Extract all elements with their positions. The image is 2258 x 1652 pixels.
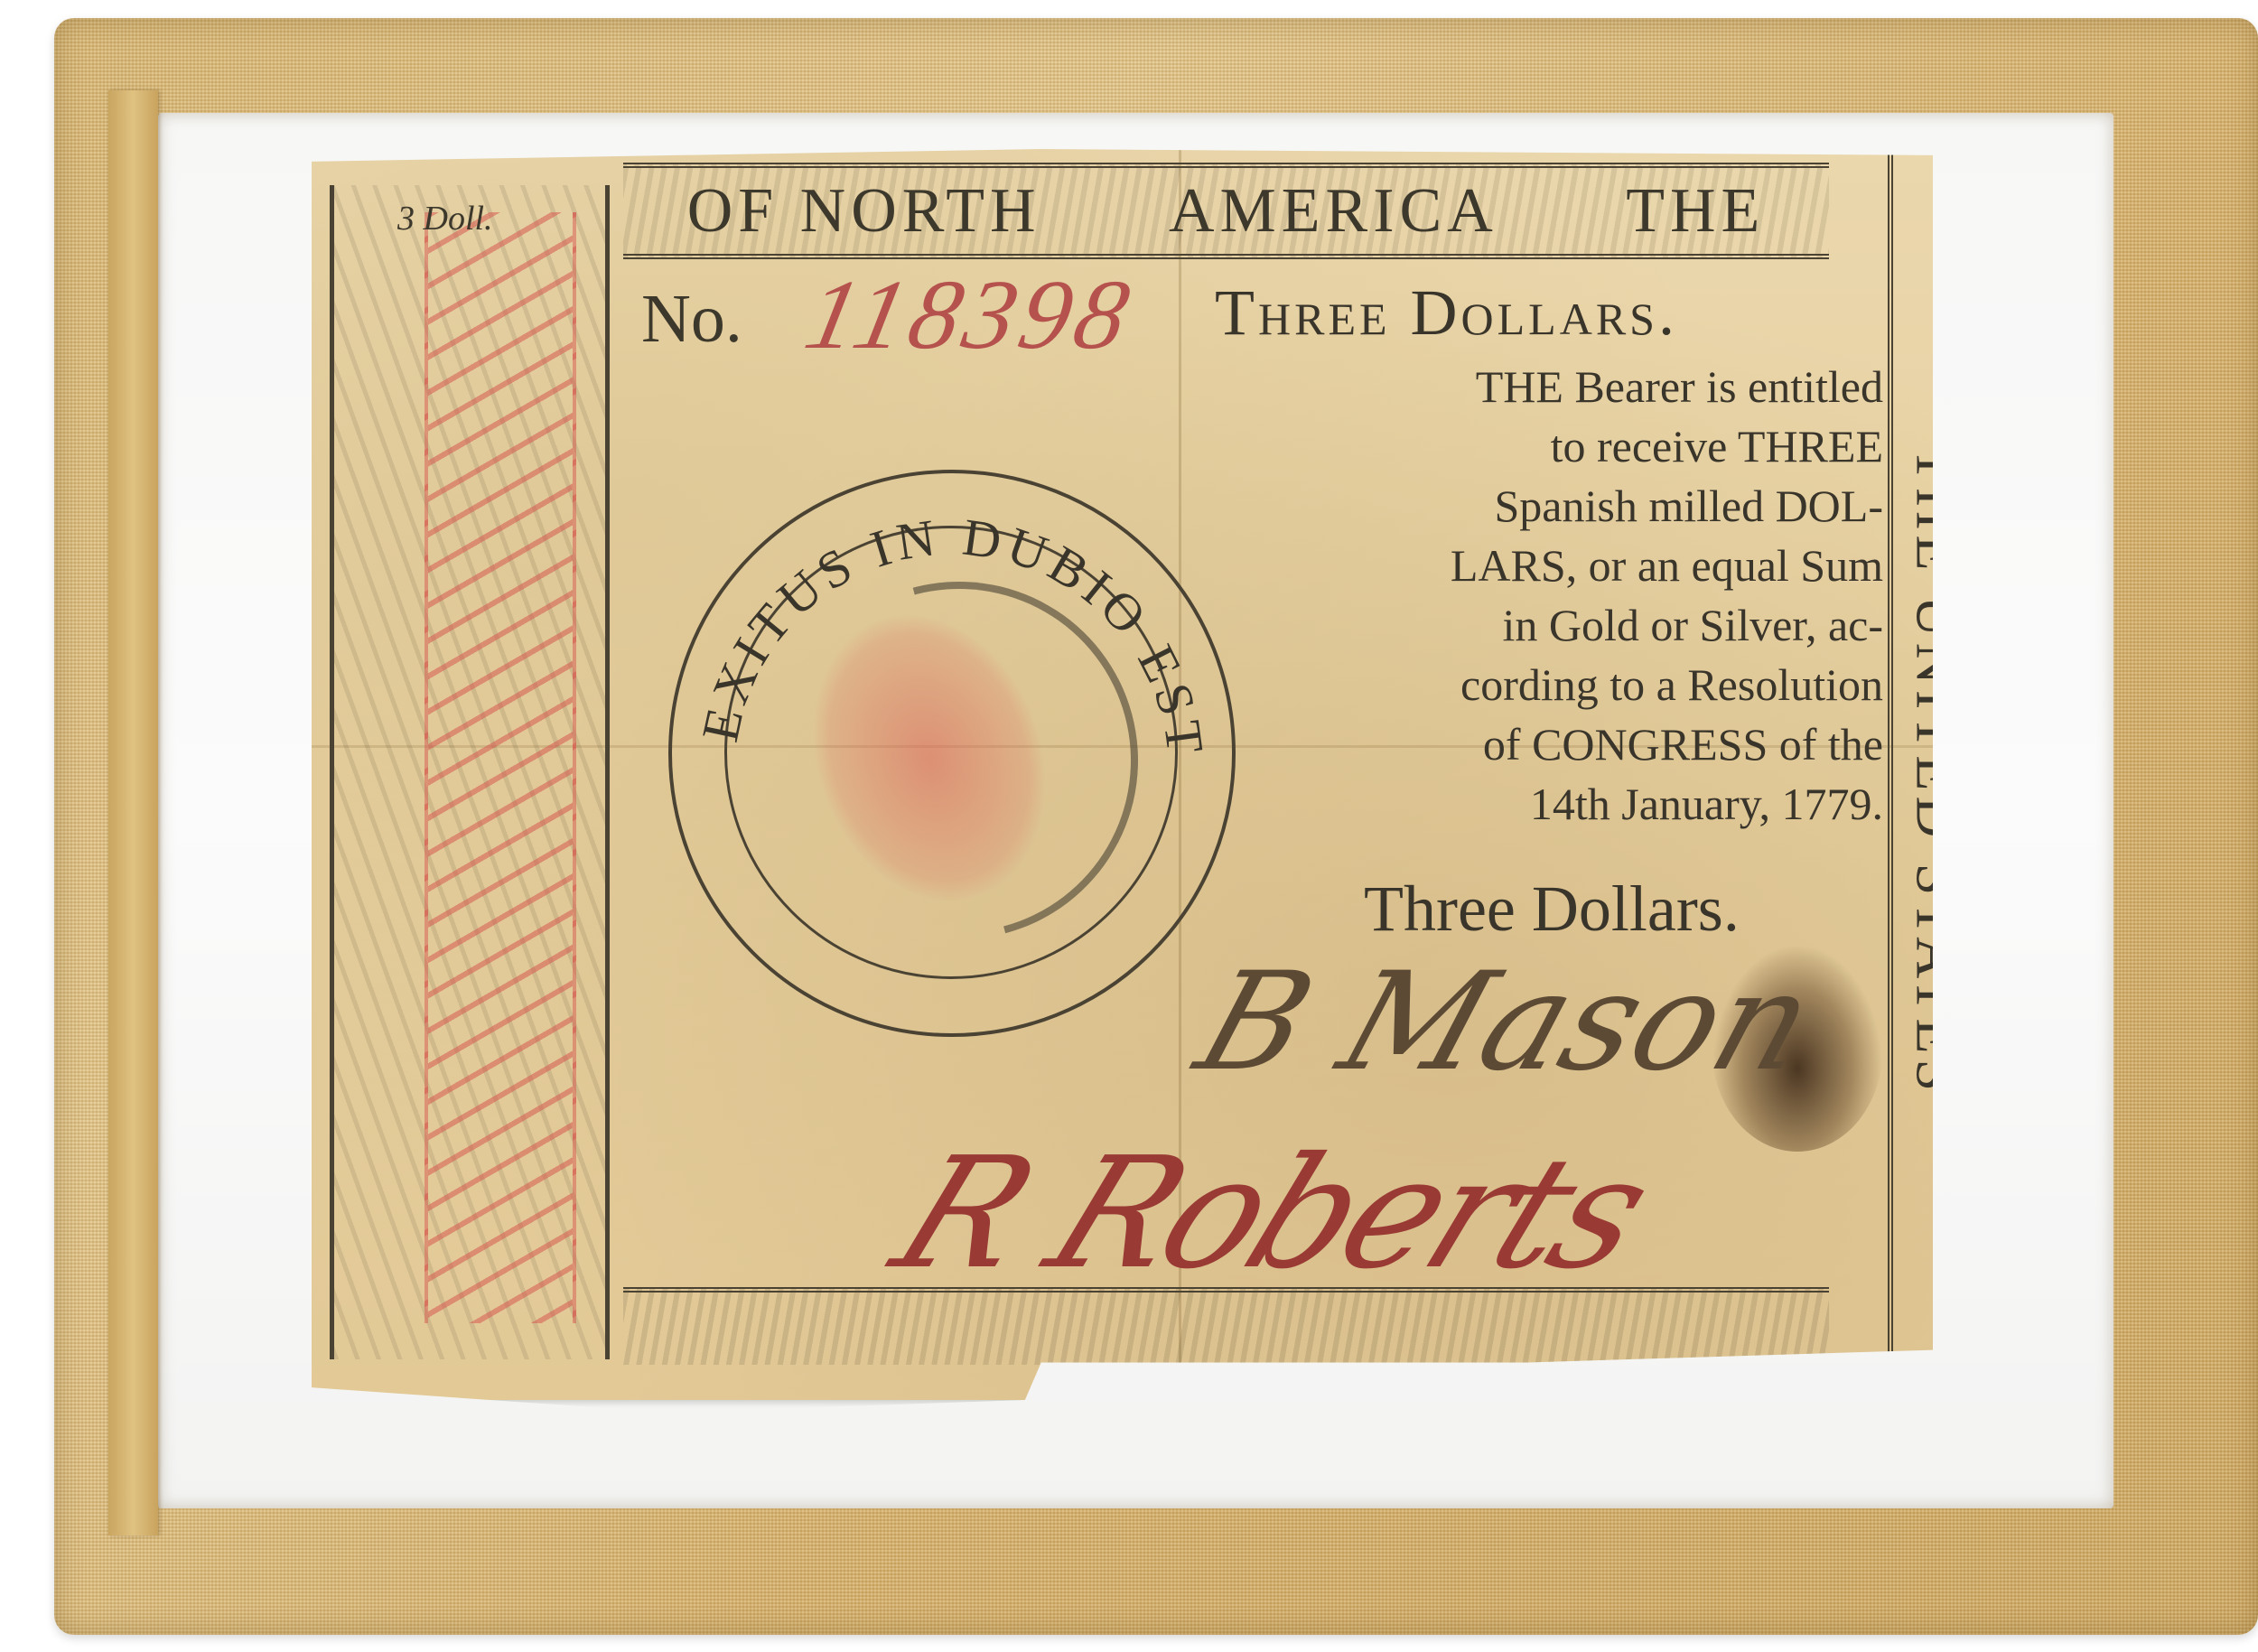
promise-line: 14th January, 1779. — [1233, 774, 1883, 834]
red-ornament-stamp — [425, 212, 576, 1323]
signature-roberts: R Roberts — [872, 1125, 1671, 1303]
seal: EXITUS IN DUBIO EST — [668, 470, 1236, 1037]
corner-denomination: 3 Doll. — [397, 199, 493, 238]
top-border-text-3: THE — [1626, 175, 1765, 247]
footer-denomination: Three Dollars. — [1364, 872, 1740, 947]
top-border-text-2: AMERICA — [1169, 175, 1498, 247]
serial-number: 118398 — [797, 257, 1144, 372]
promise-line: to receive THREE — [1233, 416, 1883, 476]
left-ornamental-border: 3 Doll. — [330, 185, 610, 1359]
banknote: 3 Doll. OF NORTH AMERICA THE No. 118398 … — [312, 149, 1933, 1400]
frame-inner-rail — [108, 90, 158, 1535]
promise-line: cording to a Resolution — [1233, 655, 1883, 714]
bottom-border-banner — [623, 1287, 1829, 1365]
signature-mason: B Mason — [1180, 944, 1832, 1101]
denomination-heading: Three Dollars. — [1215, 275, 1678, 350]
promise-line: LARS, or an equal Sum — [1233, 536, 1883, 595]
top-border-banner: OF NORTH AMERICA THE — [623, 163, 1829, 259]
promise-line: THE Bearer is entitled — [1233, 357, 1883, 416]
promise-line: in Gold or Silver, ac- — [1233, 595, 1883, 655]
serial-label: No. — [641, 280, 742, 359]
promise-line: of CONGRESS of the — [1233, 714, 1883, 774]
promise-line: Spanish milled DOL- — [1233, 476, 1883, 536]
promise-text: THE Bearer is entitled to receive THREE … — [1233, 357, 1883, 834]
top-border-text-1: OF NORTH — [687, 175, 1041, 247]
